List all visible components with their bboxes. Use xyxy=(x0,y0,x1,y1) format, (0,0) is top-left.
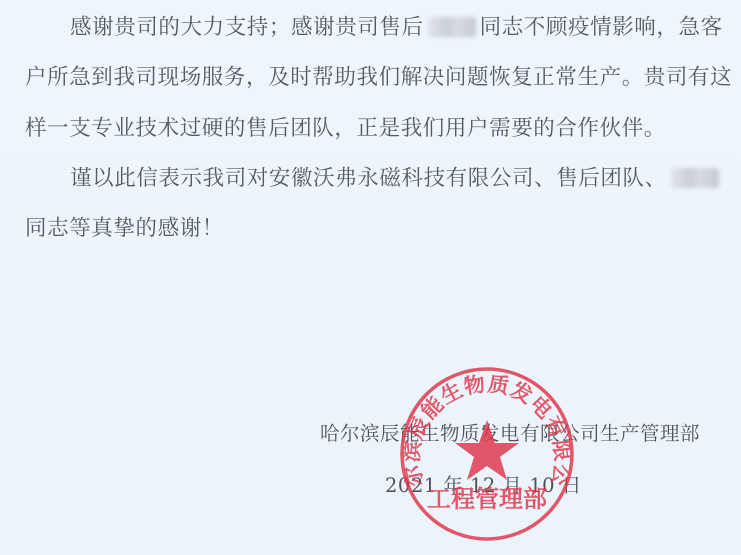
letter-page: 感谢贵司的大力支持；感谢贵司售后同志不顾疫情影响，急客 户所急到我司现场服务，及… xyxy=(0,0,741,555)
paragraph-1-line-2: 户所急到我司现场服务，及时帮助我们解决问题恢复正常生产。贵司有这 xyxy=(25,65,732,91)
redacted-name xyxy=(671,168,719,188)
paragraph-2-line-2: 同志等真挚的感谢！ xyxy=(25,216,224,242)
seal-ring-icon xyxy=(402,369,572,539)
signature-organization: 哈尔滨辰能生物质发电有限公司生产管理部 xyxy=(320,418,700,446)
text-segment: 感谢贵司的大力支持；感谢贵司售后 xyxy=(70,15,424,40)
paragraph-1-line-3: 样一支专业技术过硬的售后团队，正是我们用户需要的合作伙伴。 xyxy=(25,116,666,142)
paragraph-1-line-1: 感谢贵司的大力支持；感谢贵司售后同志不顾疫情影响，急客 xyxy=(70,15,723,41)
paragraph-2-line-1: 谨以此信表示我司对安徽沃弗永磁科技有限公司、售后团队、 xyxy=(70,166,723,192)
signature-date: 2021 年 12 月 10 日 xyxy=(385,470,582,498)
official-seal-stamp: 哈尔滨辰能生物质发电有限公司 工程管理部 xyxy=(398,365,576,543)
text-segment: 谨以此信表示我司对安徽沃弗永磁科技有限公司、售后团队、 xyxy=(70,166,667,191)
text-segment: 同志不顾疫情影响，急客 xyxy=(480,15,723,40)
redacted-name xyxy=(428,17,476,37)
